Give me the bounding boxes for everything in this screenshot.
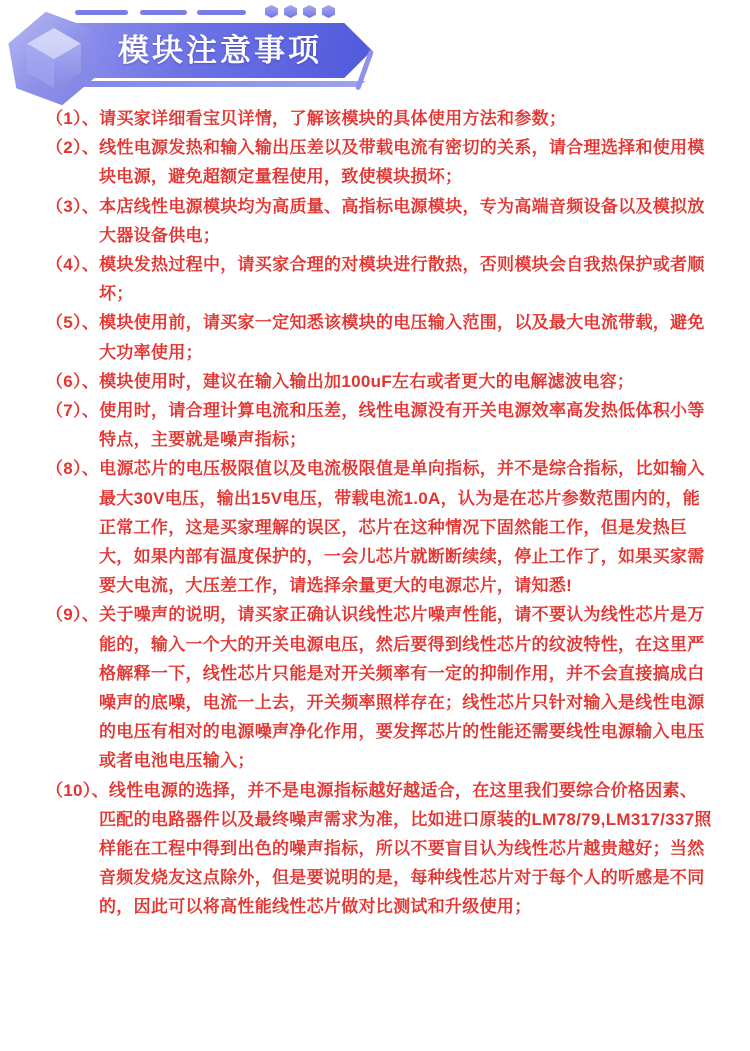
item-number: （4）、 — [46, 255, 99, 274]
item-number: （9）、 — [46, 605, 99, 624]
item-text: 使用时，请合理计算电流和压差，线性电源没有开关电源效率高发热低体积小等特点，主要… — [99, 401, 705, 449]
notice-item-2: （2）、线性电源发热和输入输出压差以及带载电流有密切的关系，请合理选择和使用模块… — [46, 133, 712, 191]
item-text: 线性电源的选择，并不是电源指标越好越适合，在这里我们要综合价格因素、匹配的电路器… — [99, 781, 712, 917]
notice-item-10: （10）、线性电源的选择，并不是电源指标越好越适合，在这里我们要综合价格因素、匹… — [46, 776, 712, 922]
item-number: （6）、 — [46, 372, 99, 391]
item-text: 模块使用时，建议在输入输出加100uF左右或者更大的电解滤波电容； — [99, 372, 634, 391]
notice-list: （1）、请买家详细看宝贝详情，了解该模块的具体使用方法和参数； （2）、线性电源… — [46, 104, 712, 922]
item-number: （2）、 — [46, 138, 99, 157]
item-number: （10）、 — [46, 781, 109, 800]
header-banner: 模块注意事项 — [64, 23, 372, 78]
notice-item-6: （6）、模块使用时，建议在输入输出加100uF左右或者更大的电解滤波电容； — [46, 367, 712, 396]
banner-underline — [78, 81, 366, 87]
hexagon-dot-icon — [284, 5, 297, 18]
dash-decoration — [197, 10, 246, 15]
notice-item-1: （1）、请买家详细看宝贝详情，了解该模块的具体使用方法和参数； — [46, 104, 712, 133]
dash-decoration — [140, 10, 187, 15]
item-text: 模块使用前，请买家一定知悉该模块的电压输入范围，以及最大电流带载，避免大功率使用… — [99, 313, 705, 361]
hexagon-dot-icon — [303, 5, 316, 18]
hexagon-badge — [8, 11, 100, 106]
item-text: 关于噪声的说明，请买家正确认识线性芯片噪声性能，请不要认为线性芯片是万能的，输入… — [99, 605, 705, 770]
hexagon-dot-icon — [322, 5, 335, 18]
item-text: 电源芯片的电压极限值以及电流极限值是单向指标，并不是综合指标，比如输入最大30V… — [99, 459, 705, 595]
notice-item-4: （4）、模块发热过程中，请买家合理的对模块进行散热，否则模块会自我热保护或者顺坏… — [46, 250, 712, 308]
notice-page: 模块注意事项 （1）、请买家详细看宝贝详情，了解该模块的具体使用方法和参数； （… — [0, 0, 750, 1051]
item-text: 本店线性电源模块均为高质量、高指标电源模块，专为高端音频设备以及模拟放大器设备供… — [99, 197, 705, 245]
page-title: 模块注意事项 — [118, 23, 322, 78]
notice-item-9: （9）、关于噪声的说明，请买家正确认识线性芯片噪声性能，请不要认为线性芯片是万能… — [46, 600, 712, 775]
item-text: 请买家详细看宝贝详情，了解该模块的具体使用方法和参数； — [99, 109, 566, 128]
notice-item-7: （7）、使用时，请合理计算电流和压差，线性电源没有开关电源效率高发热低体积小等特… — [46, 396, 712, 454]
cube-icon — [27, 28, 81, 88]
item-number: （8）、 — [46, 459, 99, 478]
item-text: 模块发热过程中，请买家合理的对模块进行散热，否则模块会自我热保护或者顺坏； — [99, 255, 705, 303]
item-number: （1）、 — [46, 109, 99, 128]
notice-item-8: （8）、电源芯片的电压极限值以及电流极限值是单向指标，并不是综合指标，比如输入最… — [46, 454, 712, 600]
item-number: （3）、 — [46, 197, 99, 216]
notice-item-3: （3）、本店线性电源模块均为高质量、高指标电源模块，专为高端音频设备以及模拟放大… — [46, 192, 712, 250]
notice-item-5: （5）、模块使用前，请买家一定知悉该模块的电压输入范围，以及最大电流带载，避免大… — [46, 308, 712, 366]
hexagon-dot-icon — [265, 5, 278, 18]
item-number: （5）、 — [46, 313, 99, 332]
item-number: （7）、 — [46, 401, 99, 420]
item-text: 线性电源发热和输入输出压差以及带载电流有密切的关系，请合理选择和使用模块电源，避… — [99, 138, 705, 186]
